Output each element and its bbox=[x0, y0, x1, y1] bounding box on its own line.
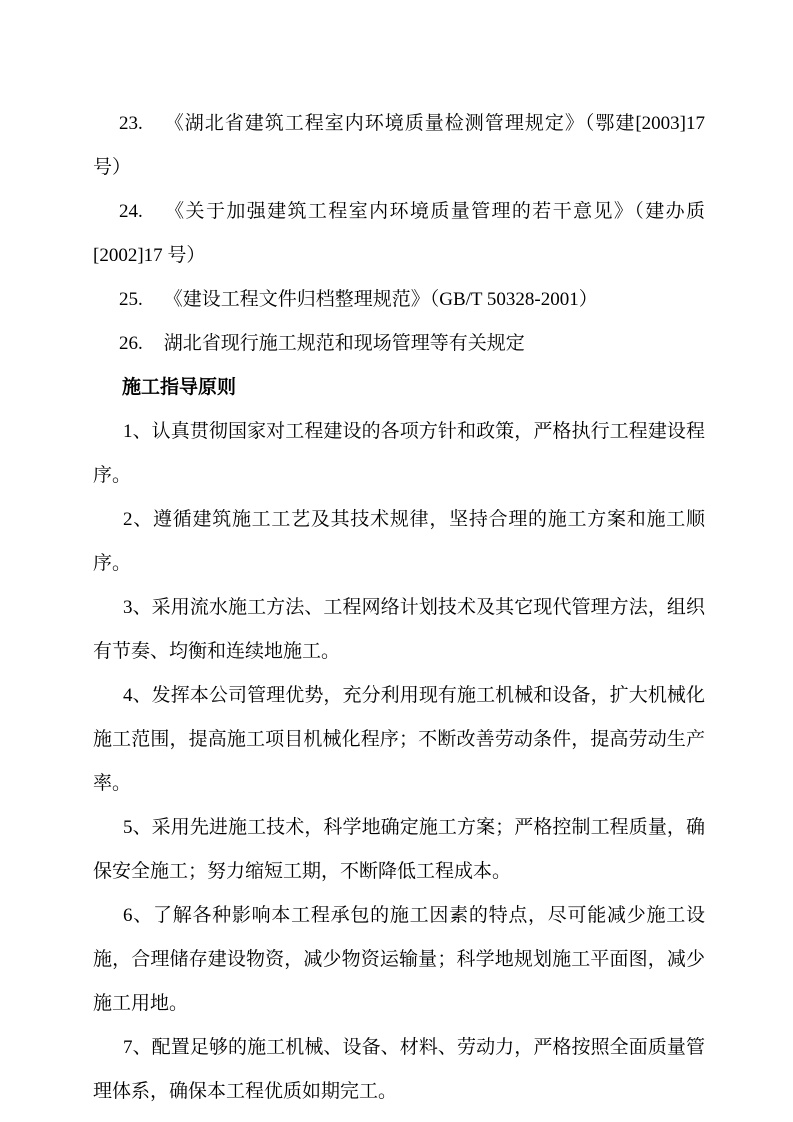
section-heading: 施工指导原则 bbox=[93, 366, 705, 410]
principle-paragraph: 7、配置足够的施工机械、设备、材料、劳动力，严格按照全面质量管理体系，确保本工程… bbox=[93, 1026, 705, 1114]
principle-paragraph: 2、遵循建筑施工工艺及其技术规律，坚持合理的施工方案和施工顺序。 bbox=[93, 498, 705, 586]
reference-item-number: 25. bbox=[119, 289, 143, 310]
reference-item-number: 26. bbox=[119, 333, 143, 354]
reference-item: 23.《湖北省建筑工程室内环境质量检测管理规定》（鄂建[2003]17 号） bbox=[93, 102, 705, 190]
reference-item-text: 《湖北省建筑工程室内环境质量检测管理规定》（鄂建[2003]17 号） bbox=[93, 113, 705, 178]
reference-item: 26.湖北省现行施工规范和现场管理等有关规定 bbox=[93, 322, 705, 366]
principle-paragraph: 4、发挥本公司管理优势，充分利用现有施工机械和设备，扩大机械化施工范围，提高施工… bbox=[93, 674, 705, 806]
reference-item-text: 《关于加强建筑工程室内环境质量管理的若干意见》（建办质[2002]17 号） bbox=[93, 201, 705, 266]
reference-item-number: 23. bbox=[119, 113, 143, 134]
reference-item: 24.《关于加强建筑工程室内环境质量管理的若干意见》（建办质[2002]17 号… bbox=[93, 190, 705, 278]
principles-list: 1、认真贯彻国家对工程建设的各项方针和政策，严格执行工程建设程序。2、遵循建筑施… bbox=[93, 410, 705, 1114]
document-page: 23.《湖北省建筑工程室内环境质量检测管理规定》（鄂建[2003]17 号）24… bbox=[0, 0, 793, 1122]
reference-item-text: 湖北省现行施工规范和现场管理等有关规定 bbox=[164, 333, 525, 354]
reference-item-number: 24. bbox=[119, 201, 143, 222]
principle-paragraph: 6、了解各种影响本工程承包的施工因素的特点，尽可能减少施工设施，合理储存建设物资… bbox=[93, 894, 705, 1026]
reference-item-text: 《建设工程文件归档整理规范》（GB/T 50328-2001） bbox=[164, 289, 598, 310]
reference-list: 23.《湖北省建筑工程室内环境质量检测管理规定》（鄂建[2003]17 号）24… bbox=[93, 102, 705, 366]
principle-paragraph: 1、认真贯彻国家对工程建设的各项方针和政策，严格执行工程建设程序。 bbox=[93, 410, 705, 498]
principle-paragraph: 3、采用流水施工方法、工程网络计划技术及其它现代管理方法，组织有节奏、均衡和连续… bbox=[93, 586, 705, 674]
reference-item: 25.《建设工程文件归档整理规范》（GB/T 50328-2001） bbox=[93, 278, 705, 322]
principle-paragraph: 5、采用先进施工技术，科学地确定施工方案；严格控制工程质量，确保安全施工；努力缩… bbox=[93, 806, 705, 894]
